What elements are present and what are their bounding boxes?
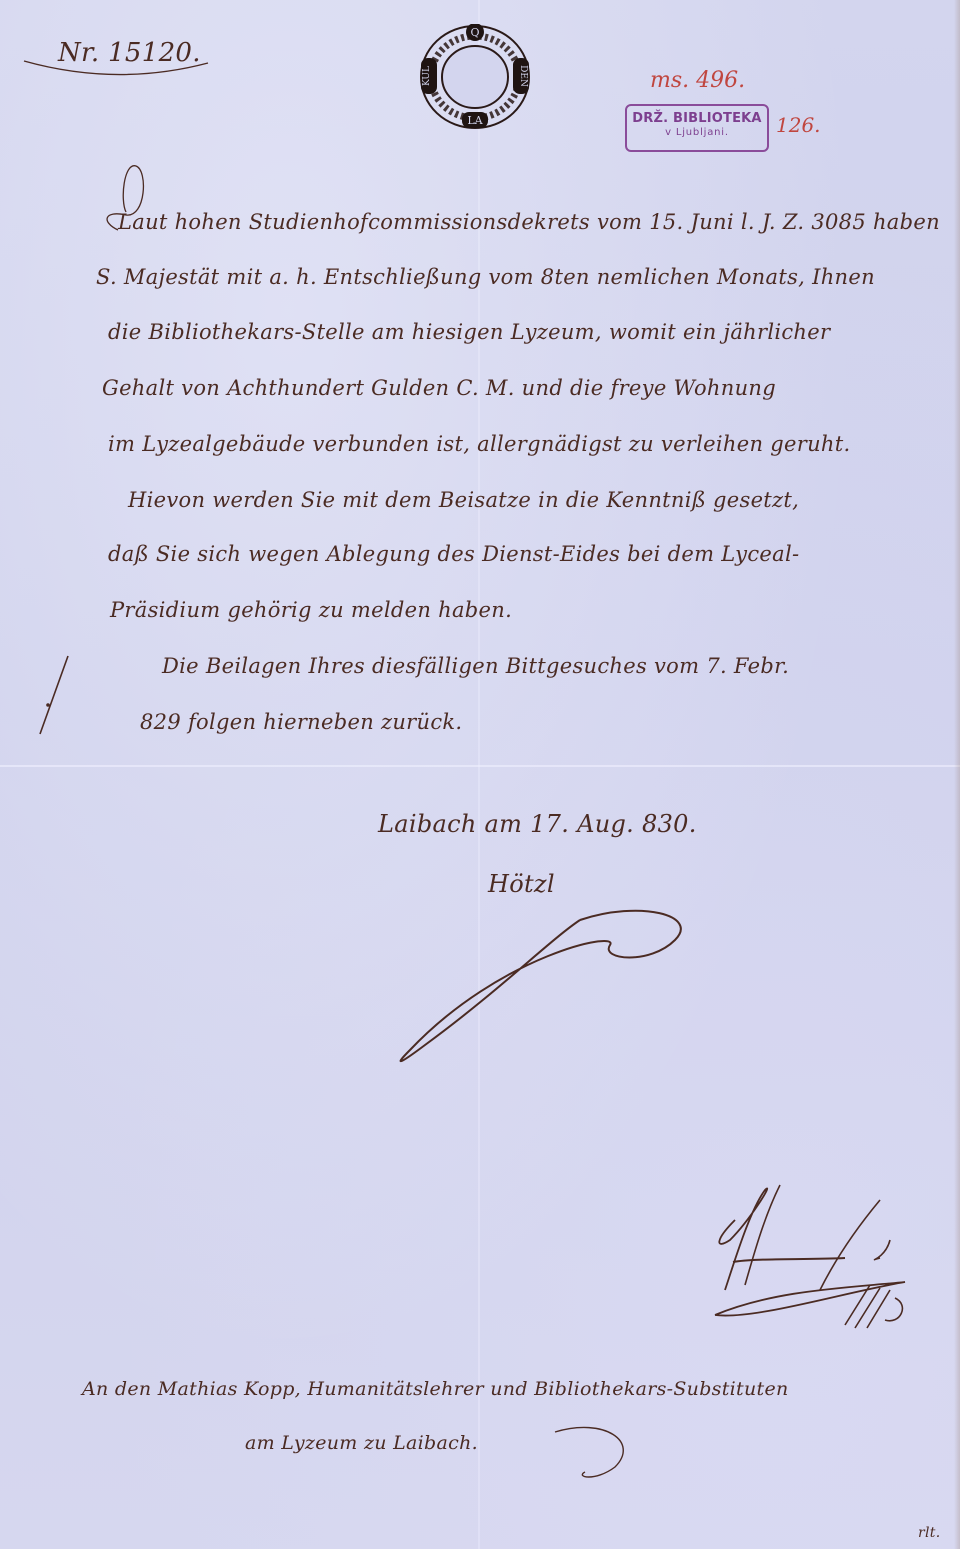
signature-flourish <box>380 900 700 1070</box>
svg-text:DEN: DEN <box>518 65 528 87</box>
stamp-title: DRŽ. BIBLIOTEKA <box>627 111 767 126</box>
place-date: Laibach am 17. Aug. 830. <box>378 810 697 838</box>
body-line-4: Gehalt von Achthundert Gulden C. M. und … <box>102 376 776 400</box>
body-line-10: 829 folgen hierneben zurück. <box>140 710 462 734</box>
library-stamp: DRŽ. BIBLIOTEKA v Ljubljani. <box>625 104 769 152</box>
svg-text:Q: Q <box>470 26 479 39</box>
address-flourish <box>545 1422 645 1482</box>
signature-hohenwart-strokes <box>695 1170 925 1330</box>
signature-hoetzl: Hötzl <box>488 870 555 898</box>
kulden-tax-seal-icon: Q LA KUL DEN <box>418 24 532 130</box>
page-edge-shadow <box>954 0 960 1549</box>
reference-underline <box>22 55 212 85</box>
body-line-6: Hievon werden Sie mit dem Beisatze in di… <box>128 488 799 512</box>
body-line-9: Die Beilagen Ihres diesfälligen Bittgesu… <box>162 654 789 678</box>
stamp-location: v Ljubljani. <box>627 127 767 138</box>
body-line-3: die Bibliothekars-Stelle am hiesigen Lyz… <box>108 320 830 344</box>
body-line-2: S. Majestät mit a. h. Entschließung vom … <box>96 265 875 289</box>
shelfmark-pencil-note: ms. 496. <box>650 68 745 93</box>
body-line-1: Laut hohen Studienhofcommissionsdekrets … <box>118 210 940 234</box>
corner-archival-mark: rlt. <box>918 1525 940 1541</box>
svg-text:LA: LA <box>467 114 483 127</box>
horizontal-fold-line <box>0 765 960 767</box>
folio-number: 126. <box>776 113 821 137</box>
letter-page: Nr. 15120. Q LA KUL DEN ms. 496. DRŽ. BI… <box>0 0 960 1549</box>
signature-hohenwart: Hohenwart <box>695 1170 925 1330</box>
body-line-8: Präsidium gehörig zu melden haben. <box>110 598 512 622</box>
enclosure-margin-mark <box>28 650 78 740</box>
address-line-2: am Lyzeum zu Laibach. <box>245 1432 478 1454</box>
body-line-5: im Lyzealgebäude verbunden ist, allergnä… <box>108 432 850 456</box>
svg-text:KUL: KUL <box>422 66 432 86</box>
body-line-7: daß Sie sich wegen Ablegung des Dienst-E… <box>108 542 799 566</box>
address-line-1: An den Mathias Kopp, Humanitätslehrer un… <box>82 1378 789 1400</box>
